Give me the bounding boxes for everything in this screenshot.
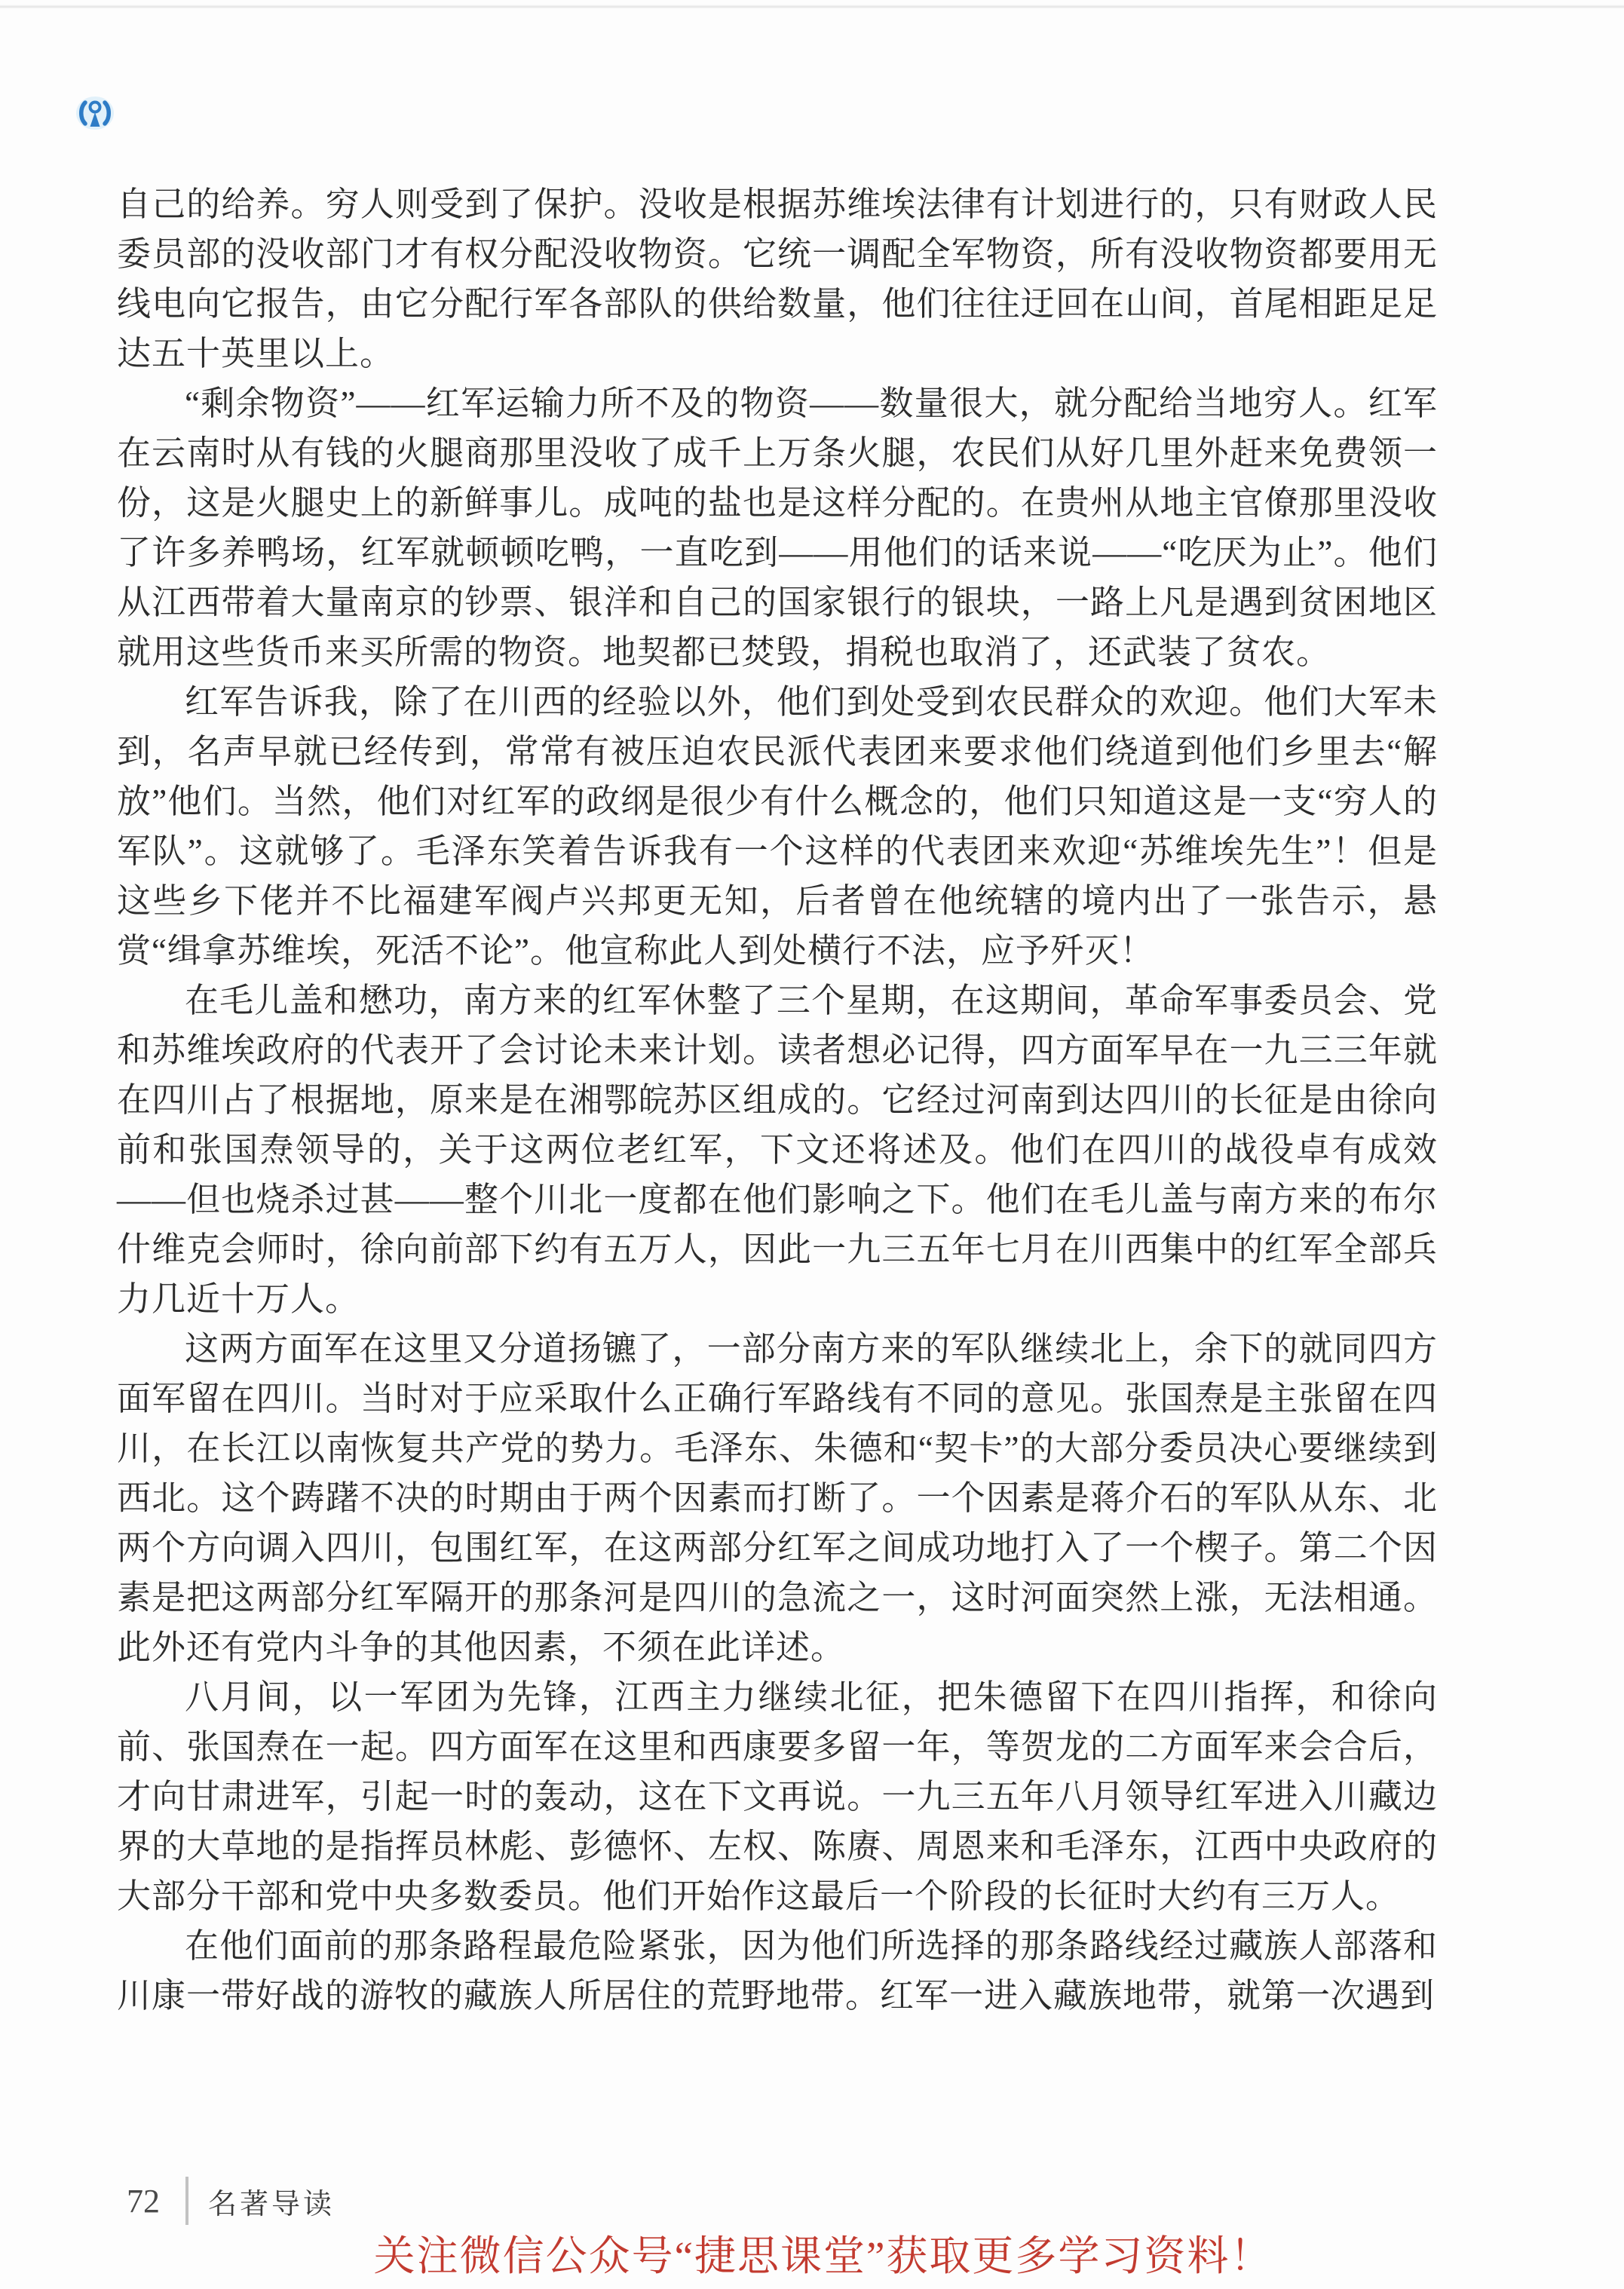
paragraph-2: “剩余物资”——红军运输力所不及的物资——数量很大，就分配给当地穷人。红军在云南… bbox=[117, 378, 1438, 677]
paragraph-1: 自己的给养。穷人则受到了保护。没收是根据苏维埃法律有计划进行的，只有财政人民委员… bbox=[117, 179, 1438, 378]
page-footer: 72 名著导读 bbox=[127, 2174, 335, 2227]
book-page: 自己的给养。穷人则受到了保护。没收是根据苏维埃法律有计划进行的，只有财政人民委员… bbox=[0, 0, 1624, 2289]
promo-text: 关注微信公众号“捷思课堂”获取更多学习资料！ bbox=[0, 2223, 1624, 2282]
paragraph-5: 这两方面军在这里又分道扬镳了，一部分南方来的军队继续北上，余下的就同四方面军留在… bbox=[117, 1324, 1438, 1672]
section-title: 名著导读 bbox=[208, 2180, 335, 2222]
paragraph-3: 红军告诉我，除了在川西的经验以外，他们到处受到农民群众的欢迎。他们大军未到，名声… bbox=[117, 677, 1438, 976]
body-text: 自己的给养。穷人则受到了保护。没收是根据苏维埃法律有计划进行的，只有财政人民委员… bbox=[117, 179, 1438, 2021]
scan-artifact-line bbox=[0, 5, 1624, 8]
paragraph-6: 八月间，以一军团为先锋，江西主力继续北征，把朱德留下在四川指挥，和徐向前、张国焘… bbox=[117, 1672, 1438, 1921]
paragraph-4: 在毛儿盖和懋功，南方来的红军休整了三个星期，在这期间，革命军事委员会、党和苏维埃… bbox=[117, 976, 1438, 1324]
hotspot-person-icon bbox=[75, 95, 115, 131]
page-number: 72 bbox=[127, 2182, 160, 2220]
footer-divider bbox=[185, 2177, 188, 2225]
paragraph-7: 在他们面前的那条路程最危险紧张，因为他们所选择的那条路线经过藏族人部落和川康一带… bbox=[117, 1921, 1438, 2021]
